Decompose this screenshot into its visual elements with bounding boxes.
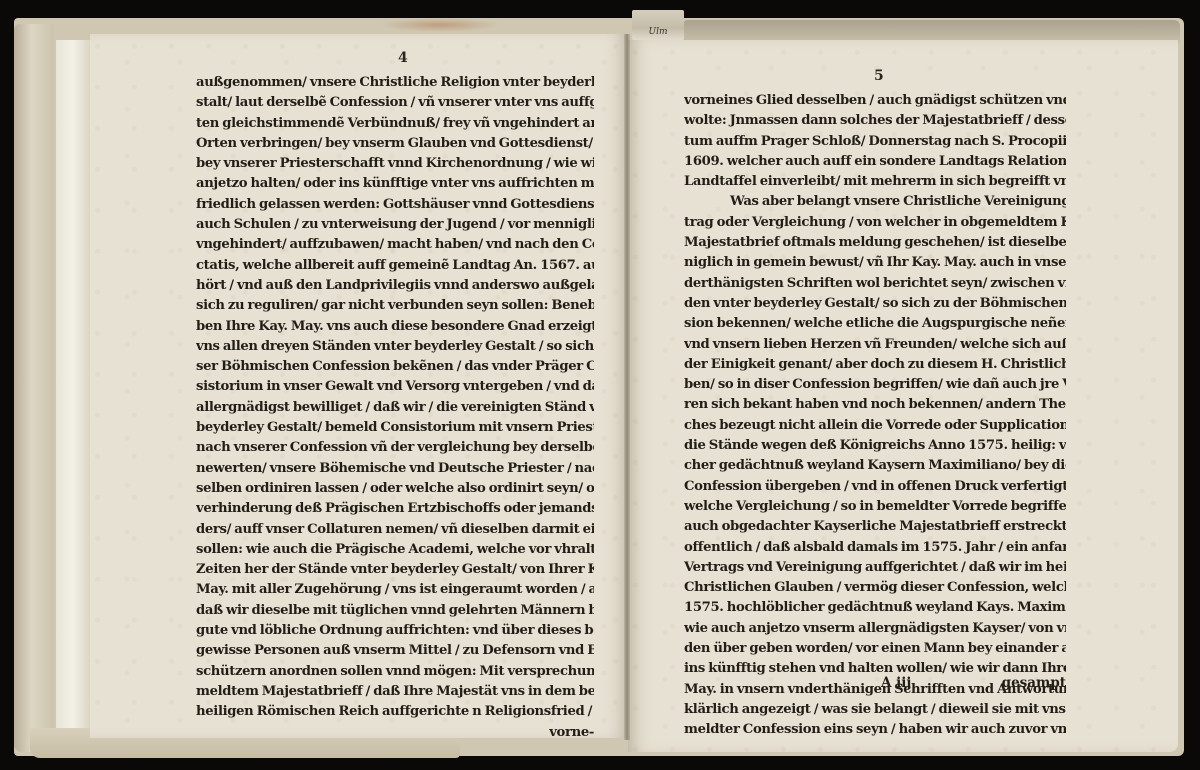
- catchword: gesampt: [1002, 675, 1066, 691]
- text-line: selben ordiniren lassen / oder welche al…: [196, 479, 594, 499]
- text-line: ren sich bekant haben vnd noch bekennen/…: [684, 395, 1066, 415]
- spine-label-tab: Ulm: [632, 10, 684, 40]
- text-line: ders/ auff vnser Collaturen nemen/ vñ di…: [196, 520, 594, 540]
- text-line: meldter Confession eins seyn / haben wir…: [684, 720, 1066, 740]
- text-line: Majestatbrief oftmals meldung geschehen/…: [684, 233, 1066, 253]
- text-line: auch Schulen / zu vnterweisung der Jugen…: [196, 215, 594, 235]
- text-line: sistorium in vnser Gewalt vnd Versorg vn…: [196, 377, 594, 397]
- text-line: klärlich angezeigt / was sie belangt / d…: [684, 700, 1066, 720]
- text-line: 1609. welcher auch auff ein sondere Land…: [684, 152, 1066, 172]
- text-line: außgenommen/ vnsere Christliche Religion…: [196, 73, 594, 93]
- text-line: cher gedächtnuß weyland Kaysern Maximili…: [684, 456, 1066, 476]
- text-line: vngehindert/ auffzubawen/ macht haben/ v…: [196, 235, 594, 255]
- flyleaf: [56, 40, 90, 730]
- text-line: Christlichen Glauben / vermög dieser Con…: [684, 578, 1066, 598]
- text-line: Confession übergeben / vnd in offenen Dr…: [684, 477, 1066, 497]
- text-line: wolte: Jnmassen dann solches der Majesta…: [684, 111, 1066, 131]
- text-line: sion bekennen/ welche etliche die Augspu…: [684, 314, 1066, 334]
- text-line: vnd vnsern lieben Herzen vñ Freunden/ we…: [684, 335, 1066, 355]
- text-line: verhinderung deß Prägischen Ertzbischoff…: [196, 499, 594, 519]
- text-line: derthänigsten Schriften wol berichtet se…: [684, 274, 1066, 294]
- text-line: ctatis, welche allbereit auff gemeinẽ La…: [196, 256, 594, 276]
- right-page-footer: A iij gesampt: [684, 675, 1066, 695]
- text-line: niglich in gemein bewust/ vñ Ihr Kay. Ma…: [684, 253, 1066, 273]
- text-line: 1575. hochlöblicher gedächtnuß weyland K…: [684, 598, 1066, 618]
- right-page-folio: 5: [874, 68, 884, 84]
- left-page-folio: 4: [398, 50, 408, 66]
- signature-mark: A iij: [881, 675, 911, 691]
- paper-stain: [380, 18, 500, 32]
- text-line: heiligen Römischen Reich auffgerichte n …: [196, 702, 594, 722]
- text-line: wie auch anjetzo vnserm allergnädigsten …: [684, 619, 1066, 639]
- text-line: ser Böhmischen Confession bekẽnen / das …: [196, 357, 594, 377]
- right-page-text: vorneines Glied desselben / auch gnädigs…: [684, 91, 1066, 741]
- text-line: schützern anordnen sollen vnnd mögen: Mi…: [196, 662, 594, 682]
- text-line: Landtaffel einverleibt/ mit mehrerm in s…: [684, 172, 1066, 192]
- text-line: Orten verbringen/ bey vnserm Glauben vnd…: [196, 134, 594, 154]
- text-line: ben/ so in diser Confession begriffen/ w…: [684, 375, 1066, 395]
- text-line: Was aber belangt vnsere Christliche Vere…: [684, 192, 1066, 212]
- text-line: auch obgedachter Kayserliche Majestatbri…: [684, 517, 1066, 537]
- text-line: daß wir dieselbe mit tüglichen vnnd gele…: [196, 601, 594, 621]
- text-line: friedlich gelassen werden: Gottshäuser v…: [196, 195, 594, 215]
- text-line: beyderley Gestalt/ bemeld Consistorium m…: [196, 418, 594, 438]
- text-line: vorneines Glied desselben / auch gnädigs…: [684, 91, 1066, 111]
- text-line: meldtem Majestatbrieff / daß Ihre Majest…: [196, 682, 594, 702]
- text-line: bey vnserer Priesterschafft vnnd Kirchen…: [196, 154, 594, 174]
- text-line: trag oder Vergleichung / von welcher in …: [684, 213, 1066, 233]
- text-line: gewisse Personen auß vnserm Mittel / zu …: [196, 641, 594, 661]
- text-line: sollen: wie auch die Prägische Academi, …: [196, 540, 594, 560]
- cover-fold-left: [14, 24, 54, 752]
- text-line: gute vnd löbliche Ordnung auffrichten: v…: [196, 621, 594, 641]
- text-line: welche Vergleichung / so in bemeldter Vo…: [684, 497, 1066, 517]
- catchword: vorne-: [196, 723, 594, 743]
- left-page-text: außgenommen/ vnsere Christliche Religion…: [196, 73, 594, 743]
- text-line: Vertrags vnd Vereinigung auffgerichtet /…: [684, 558, 1066, 578]
- text-line: hört / vnd auß den Landprivilegiis vnnd …: [196, 276, 594, 296]
- book-gutter: [624, 34, 630, 740]
- text-line: allergnädigst bewilliget / daß wir / die…: [196, 398, 594, 418]
- text-line: ben Ihre Kay. May. vns auch diese besond…: [196, 317, 594, 337]
- text-line: Zeiten her der Stände vnter beyderley Ge…: [196, 560, 594, 580]
- text-line: anjetzo halten/ oder ins künfftige vnter…: [196, 174, 594, 194]
- text-line: ten gleichstimmendẽ Verbündnuß/ frey vñ …: [196, 114, 594, 134]
- text-line: den vnter beyderley Gestalt/ so sich zu …: [684, 294, 1066, 314]
- text-line: ches bezeugt nicht allein die Vorrede od…: [684, 416, 1066, 436]
- text-line: die Stände wegen deß Königreichs Anno 15…: [684, 436, 1066, 456]
- text-line: stalt/ laut derselbẽ Confession / vñ vns…: [196, 93, 594, 113]
- text-line: nach vnserer Confession vñ der vergleich…: [196, 438, 594, 458]
- text-line: May. mit aller Zugehörung / vns ist eing…: [196, 580, 594, 600]
- text-line: der Einigkeit genant/ aber doch zu diese…: [684, 355, 1066, 375]
- text-line: vns allen dreyen Ständen vnter beyderley…: [196, 337, 594, 357]
- text-line: sich zu reguliren/ gar nicht verbunden s…: [196, 296, 594, 316]
- text-line: tum auffm Prager Schloß/ Donnerstag nach…: [684, 132, 1066, 152]
- text-line: newerten/ vnsere Böhemische vnd Deutsche…: [196, 459, 594, 479]
- text-line: offentlich / daß alsbald damals im 1575.…: [684, 538, 1066, 558]
- text-line: den über geben worden/ vor einen Mann be…: [684, 639, 1066, 659]
